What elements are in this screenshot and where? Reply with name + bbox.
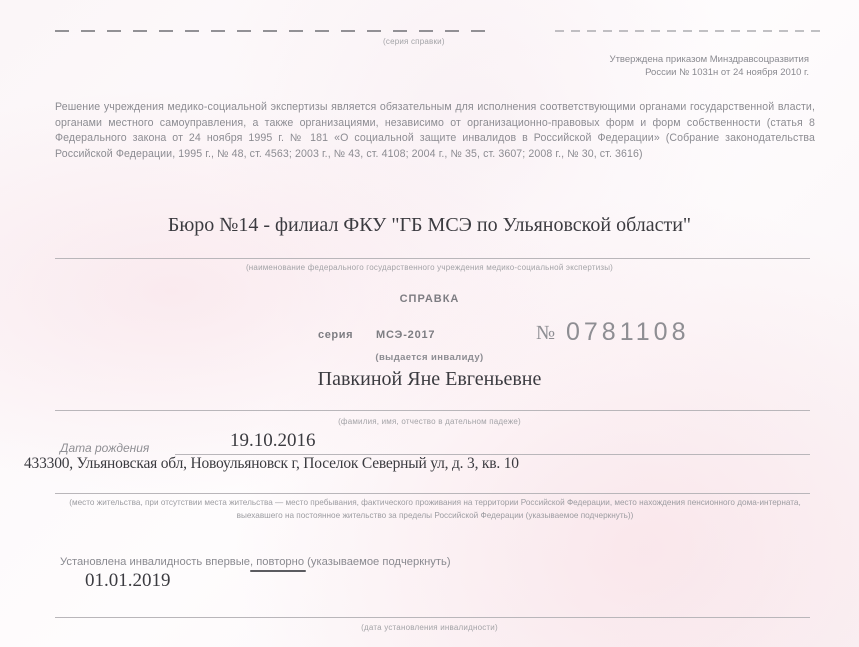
established-date-line [55, 617, 810, 618]
established-date: 01.01.2019 [85, 570, 171, 592]
bureau-line [55, 258, 810, 259]
dob-label: Дата рождения [60, 441, 149, 455]
series-line-left [55, 30, 495, 32]
full-name-line [55, 410, 810, 411]
approval-line-2: России № 1031н от 24 ноября 2010 г. [610, 66, 809, 79]
series-caption: (серия справки) [383, 37, 445, 46]
approval-line-1: Утверждена приказом Минздравсоцразвития [610, 53, 809, 66]
underline-mark [250, 570, 306, 572]
bureau-name: Бюро №14 - филиал ФКУ "ГБ МСЭ по Ульянов… [0, 214, 859, 237]
residence-caption: (место жительства, при отсутствии места … [60, 497, 810, 522]
dob-value: 19.10.2016 [230, 430, 316, 452]
established-underlined-option: повторно [256, 556, 304, 568]
series-value: МСЭ-2017 [376, 329, 435, 341]
established-suffix: (указываемое подчеркнуть) [307, 556, 450, 568]
established-underlined-text: повторно [256, 556, 304, 568]
disability-established: Установлена инвалидность впервые, повтор… [60, 556, 451, 568]
address: 433300, Ульяновская обл, Новоульяновск г… [24, 455, 519, 473]
established-prefix: Установлена инвалидность впервые, [60, 556, 253, 568]
legal-paragraph: Решение учреждения медико-социальной экс… [55, 100, 815, 162]
document-title: СПРАВКА [0, 293, 859, 305]
document-background [0, 0, 859, 647]
series-line-right [555, 30, 825, 32]
full-name-caption: (фамилия, имя, отчество в дательном паде… [0, 417, 859, 426]
full-name: Павкиной Яне Евгеньевне [0, 368, 859, 391]
series-label: серия [318, 329, 353, 341]
address-line [55, 493, 810, 494]
established-date-caption: (дата установления инвалидности) [0, 623, 859, 632]
approval-note: Утверждена приказом Минздравсоцразвития … [610, 53, 809, 79]
certificate-number: 0781108 [566, 318, 689, 347]
issued-to-caption: (выдается инвалиду) [0, 352, 859, 363]
number-sign: № [536, 322, 555, 345]
bureau-caption: (наименование федерального государственн… [0, 263, 859, 272]
